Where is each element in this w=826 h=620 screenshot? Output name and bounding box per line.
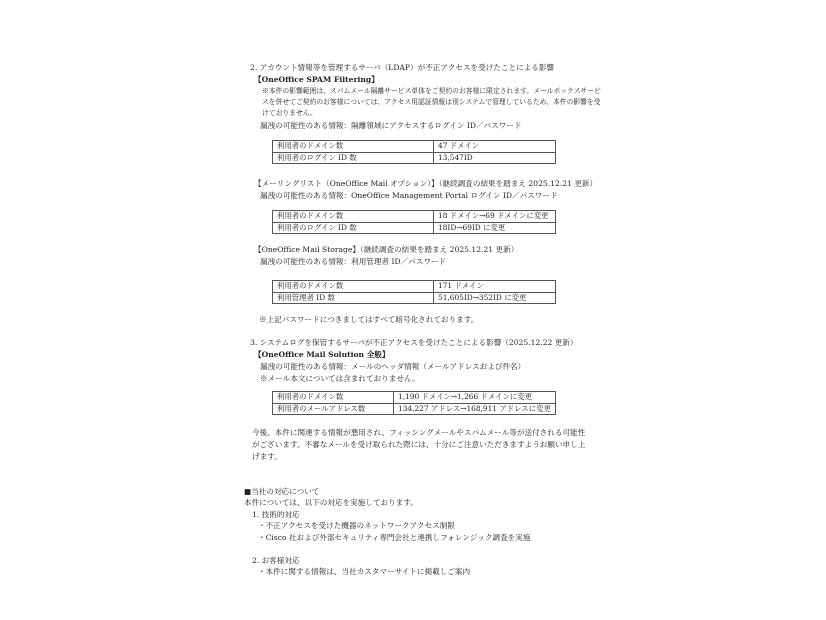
- table-cell-label: 利用管理者 ID 数: [273, 292, 434, 304]
- table-cell-value: 18 ドメイン→69 ドメインに変更: [434, 211, 556, 223]
- table-cell-label: 利用者のログイン ID 数: [273, 222, 434, 234]
- spam-leak-info: 漏洩の可能性のある情報：隔離領域にアクセスするログイン ID／パスワード: [260, 121, 521, 131]
- table-cell-label: 利用者のメールアドレス数: [273, 403, 394, 415]
- table-cell-value: 51,605ID→352ID に変更: [434, 292, 556, 304]
- spam-note-line-1: ※本件の影響範囲は、スパムメール隔離サービス単体をご契約のお客様に限定されます。…: [262, 86, 601, 97]
- table-row: 利用者のドメイン数 47 ドメイン: [273, 141, 556, 153]
- storage-stats-table: 利用者のドメイン数 171 ドメイン 利用管理者 ID 数 51,605ID→3…: [272, 280, 556, 304]
- mailing-list-title: 【メーリングリスト（OneOffice Mail オプション）】（継続調査の結果…: [254, 179, 597, 189]
- table-cell-value: 47 ドメイン: [434, 141, 556, 153]
- response-item-customer-title: 2. お客様対応: [252, 556, 300, 566]
- table-row: 利用者のログイン ID 数 18ID→69ID に変更: [273, 222, 556, 234]
- storage-leak-info: 漏洩の可能性のある情報：利用管理者 ID／パスワード: [260, 257, 446, 267]
- mailing-list-leak-info: 漏洩の可能性のある情報：OneOffice Management Portal …: [260, 191, 558, 201]
- table-cell-label: 利用者のドメイン数: [273, 141, 434, 153]
- table-row: 利用者のドメイン数 171 ドメイン: [273, 281, 556, 293]
- table-cell-value: 1,190 ドメイン→1,266 ドメインに変更: [394, 392, 556, 404]
- password-note: ※上記パスワードにつきましてはすべて暗号化されております。: [259, 315, 478, 325]
- spam-filtering-title: 【OneOffice SPAM Filtering】: [254, 75, 379, 85]
- table-row: 利用管理者 ID 数 51,605ID→352ID に変更: [273, 292, 556, 304]
- table-row: 利用者のメールアドレス数 134,227 アドレス→168,911 アドレスに変…: [273, 403, 556, 415]
- storage-title: 【OneOffice Mail Storage】（継続調査の結果を踏まえ 202…: [254, 245, 518, 255]
- table-row: 利用者のドメイン数 1,190 ドメイン→1,266 ドメインに変更: [273, 392, 556, 404]
- response-item-customer-bullet-1: ・本件に関する情報は、当社カスタマーサイトに掲載しご案内: [258, 567, 470, 577]
- warning-line-2: がございます。不審なメールを受け取られた際には、十分にご注意いただきますようお願…: [252, 440, 585, 450]
- table-cell-value: 18ID→69ID に変更: [434, 222, 556, 234]
- spam-stats-table: 利用者のドメイン数 47 ドメイン 利用者のログイン ID 数 13,547ID: [272, 140, 556, 164]
- warning-line-3: げます。: [252, 452, 282, 462]
- mail-solution-title: 【OneOffice Mail Solution 全般】: [254, 350, 390, 360]
- warning-line-1: 今後、本件に関連する情報が悪用され、フィッシングメールやスパムメール等が送付され…: [252, 428, 585, 438]
- spam-note-line-2: スを併せてご契約のお客様については、アクセス用認証情報は別システムで管理している…: [262, 97, 601, 108]
- response-intro: 本件については、以下の対応を実施しております。: [244, 498, 418, 508]
- response-item-technical-title: 1. 技術的対応: [252, 510, 300, 520]
- section2-heading: 2. アカウント情報等を管理するサーバ（LDAP）が不正アクセスを受けたことによ…: [250, 63, 554, 73]
- response-heading: ■当社の対応について: [244, 487, 319, 497]
- table-cell-label: 利用者のドメイン数: [273, 211, 434, 223]
- table-cell-label: 利用者のドメイン数: [273, 392, 394, 404]
- table-cell-value: 134,227 アドレス→168,911 アドレスに変更: [394, 403, 556, 415]
- table-cell-label: 利用者のドメイン数: [273, 281, 434, 293]
- table-row: 利用者のログイン ID 数 13,547ID: [273, 152, 556, 164]
- response-item-technical-bullet-2: ・Cisco 社および外部セキュリティ専門会社と連携しフォレンジック調査を実施: [258, 533, 530, 543]
- table-cell-value: 13,547ID: [434, 152, 556, 164]
- table-cell-value: 171 ドメイン: [434, 281, 556, 293]
- table-row: 利用者のドメイン数 18 ドメイン→69 ドメインに変更: [273, 211, 556, 223]
- mail-body-note: ※メール本文については含まれておりません。: [260, 374, 420, 384]
- spam-note-line-3: けておりません。: [262, 108, 317, 119]
- section3-heading: 3. システムログを保管するサーバが不正アクセスを受けたことによる影響（2025…: [250, 338, 578, 348]
- table-cell-label: 利用者のログイン ID 数: [273, 152, 434, 164]
- mail-solution-leak-info: 漏洩の可能性のある情報：メールのヘッダ情報（メールアドレスおよび件名）: [260, 362, 525, 372]
- mail-solution-stats-table: 利用者のドメイン数 1,190 ドメイン→1,266 ドメインに変更 利用者のメ…: [272, 391, 556, 415]
- mailing-list-stats-table: 利用者のドメイン数 18 ドメイン→69 ドメインに変更 利用者のログイン ID…: [272, 210, 556, 234]
- response-item-technical-bullet-1: ・不正アクセスを受けた機器のネットワークアクセス制限: [258, 521, 455, 531]
